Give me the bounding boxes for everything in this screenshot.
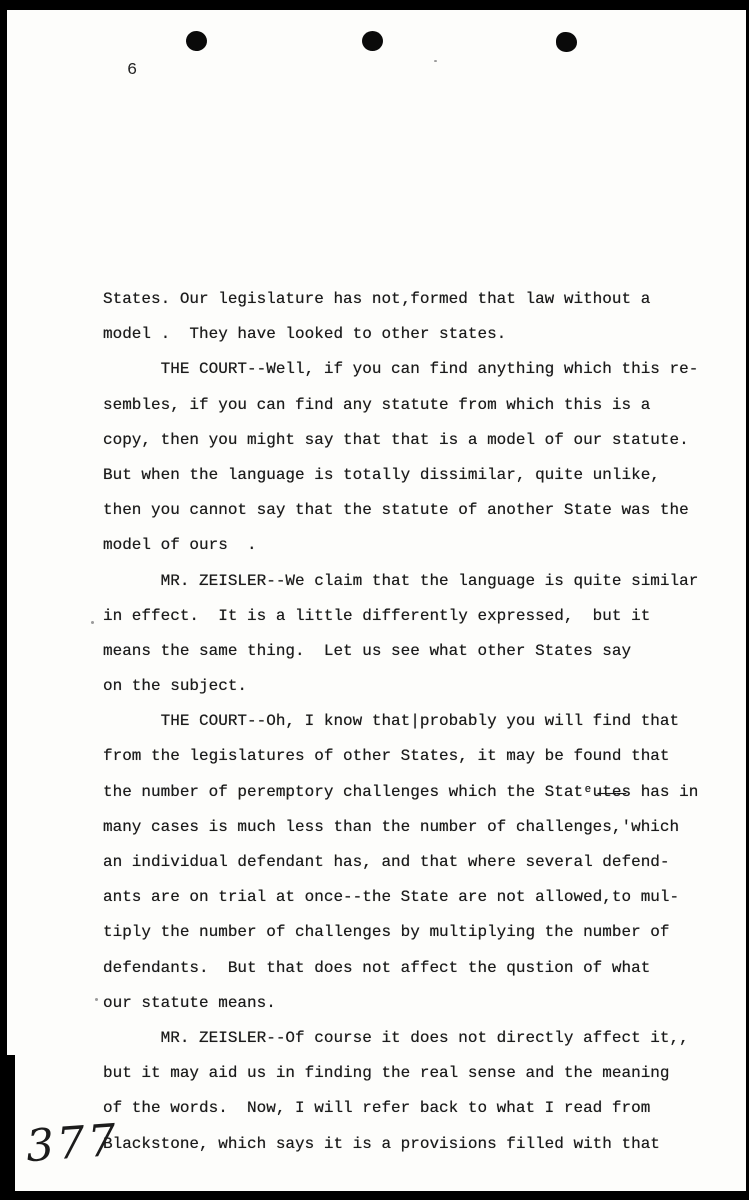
- transcript-line: MR. ZEISLER--We claim that the language …: [103, 564, 723, 599]
- scan-speck: [434, 60, 437, 62]
- transcript-line: model . They have looked to other states…: [103, 317, 723, 352]
- transcript-line: copy, then you might say that that is a …: [103, 423, 723, 458]
- transcript-line: States. Our legislature has not‚formed t…: [103, 282, 723, 317]
- binder-hole-icon: [362, 31, 383, 51]
- scan-edge-bottom: [0, 1191, 749, 1200]
- transcript-line: tiply the number of challenges by multip…: [103, 915, 723, 950]
- handwritten-page-number: 377: [24, 1115, 120, 1172]
- transcript-line: from the legislatures of other States, i…: [103, 739, 723, 774]
- binder-hole-icon: [556, 32, 577, 52]
- transcript-line: many cases is much less than the number …: [103, 810, 723, 845]
- transcript-line: sembles, if you can find any statute fro…: [103, 388, 723, 423]
- page-number: 6: [127, 61, 137, 80]
- transcript-line: but it may aid us in finding the real se…: [103, 1056, 723, 1091]
- transcript-line: on the subject.: [103, 669, 723, 704]
- transcript-line: of the words. Now, I will refer back to …: [103, 1091, 723, 1126]
- transcript-line: the number of peremptory challenges whic…: [103, 775, 723, 810]
- transcript-line: But when the language is totally dissimi…: [103, 458, 723, 493]
- transcript-line: defendants. But that does not affect the…: [103, 951, 723, 986]
- transcript-line: means the same thing. Let us see what ot…: [103, 634, 723, 669]
- transcript-line: an individual defendant has, and that wh…: [103, 845, 723, 880]
- transcript-text: States. Our legislature has not‚formed t…: [103, 282, 723, 1162]
- transcript-line: THE COURT--Well, if you can find anythin…: [103, 352, 723, 387]
- transcript-line: our statute means.: [103, 986, 723, 1021]
- scan-edge-left-bottom: [0, 1055, 15, 1200]
- transcript-line: ants are on trial at once--the State are…: [103, 880, 723, 915]
- scan-edge-left: [0, 0, 7, 1200]
- transcript-line: model of ours .: [103, 528, 723, 563]
- transcript-line: in effect. It is a little differently ex…: [103, 599, 723, 634]
- transcript-line: THE COURT--Oh, I know that|probably you …: [103, 704, 723, 739]
- transcript-line: MR. ZEISLER--Of course it does not direc…: [103, 1021, 723, 1056]
- scan-speck: [91, 621, 94, 624]
- transcript-line: then you cannot say that the statute of …: [103, 493, 723, 528]
- transcript-line: Blackstone, which says it is a provision…: [103, 1127, 723, 1162]
- scan-edge-top: [0, 0, 749, 10]
- scan-speck: [95, 998, 98, 1001]
